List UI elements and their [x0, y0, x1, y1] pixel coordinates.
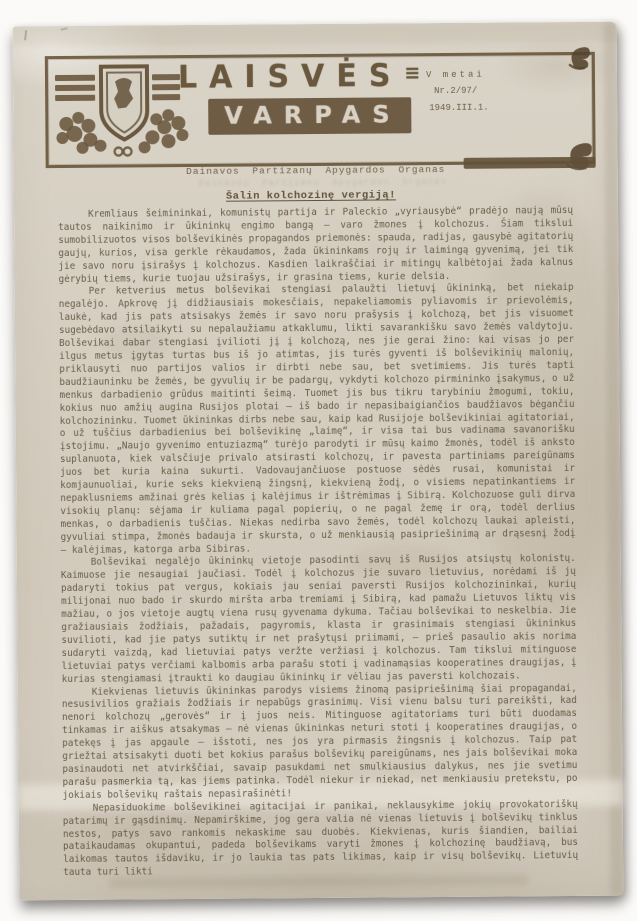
issue-date: 1949.III.1.	[429, 102, 566, 113]
title-text-laisves: LAISVĖS	[178, 58, 403, 96]
issue-volume: V metai	[426, 69, 566, 80]
oak-leaves-left	[56, 112, 106, 154]
body-paragraph: Nepasiduokime bolševikinei agitacijai ir…	[63, 799, 579, 880]
title-line-2: VARPAS	[208, 97, 412, 135]
paper-stain	[604, 22, 624, 896]
ribbon-ornament	[115, 147, 132, 155]
ink-flourish-icon	[564, 41, 598, 75]
body-paragraph: Bolševikai negalėjo ūkininkų vietoje pas…	[61, 553, 577, 686]
newspaper-page: LAISVĖS≡ VARPAS V metai Nr.2/97/ 1949.II…	[13, 22, 624, 901]
pencil-mark	[60, 27, 67, 30]
article-body: Kremliaus šeimininkai, komunistų partija…	[58, 205, 578, 880]
body-paragraph: Kremliaus šeimininkai, komunistų partija…	[58, 205, 574, 286]
body-paragraph: Per ketverius metus bolševikai stengiasi…	[59, 282, 576, 557]
title-accent-bars: ≡	[404, 62, 420, 85]
masthead: LAISVĖS≡ VARPAS V metai Nr.2/97/ 1949.II…	[45, 52, 596, 168]
scan-background: LAISVĖS≡ VARPAS V metai Nr.2/97/ 1949.II…	[0, 0, 637, 921]
article-headline: Šalin kolchozinę vergiją!	[14, 188, 608, 205]
pencil-mark	[24, 30, 27, 40]
issue-info: V metai Nr.2/97/ 1949.III.1.	[426, 69, 566, 113]
body-paragraph: Kiekvienas lietuvis ūkininkas parodys vi…	[62, 683, 578, 803]
issue-number: Nr.2/97/	[434, 85, 566, 96]
paper-stain	[13, 22, 617, 47]
